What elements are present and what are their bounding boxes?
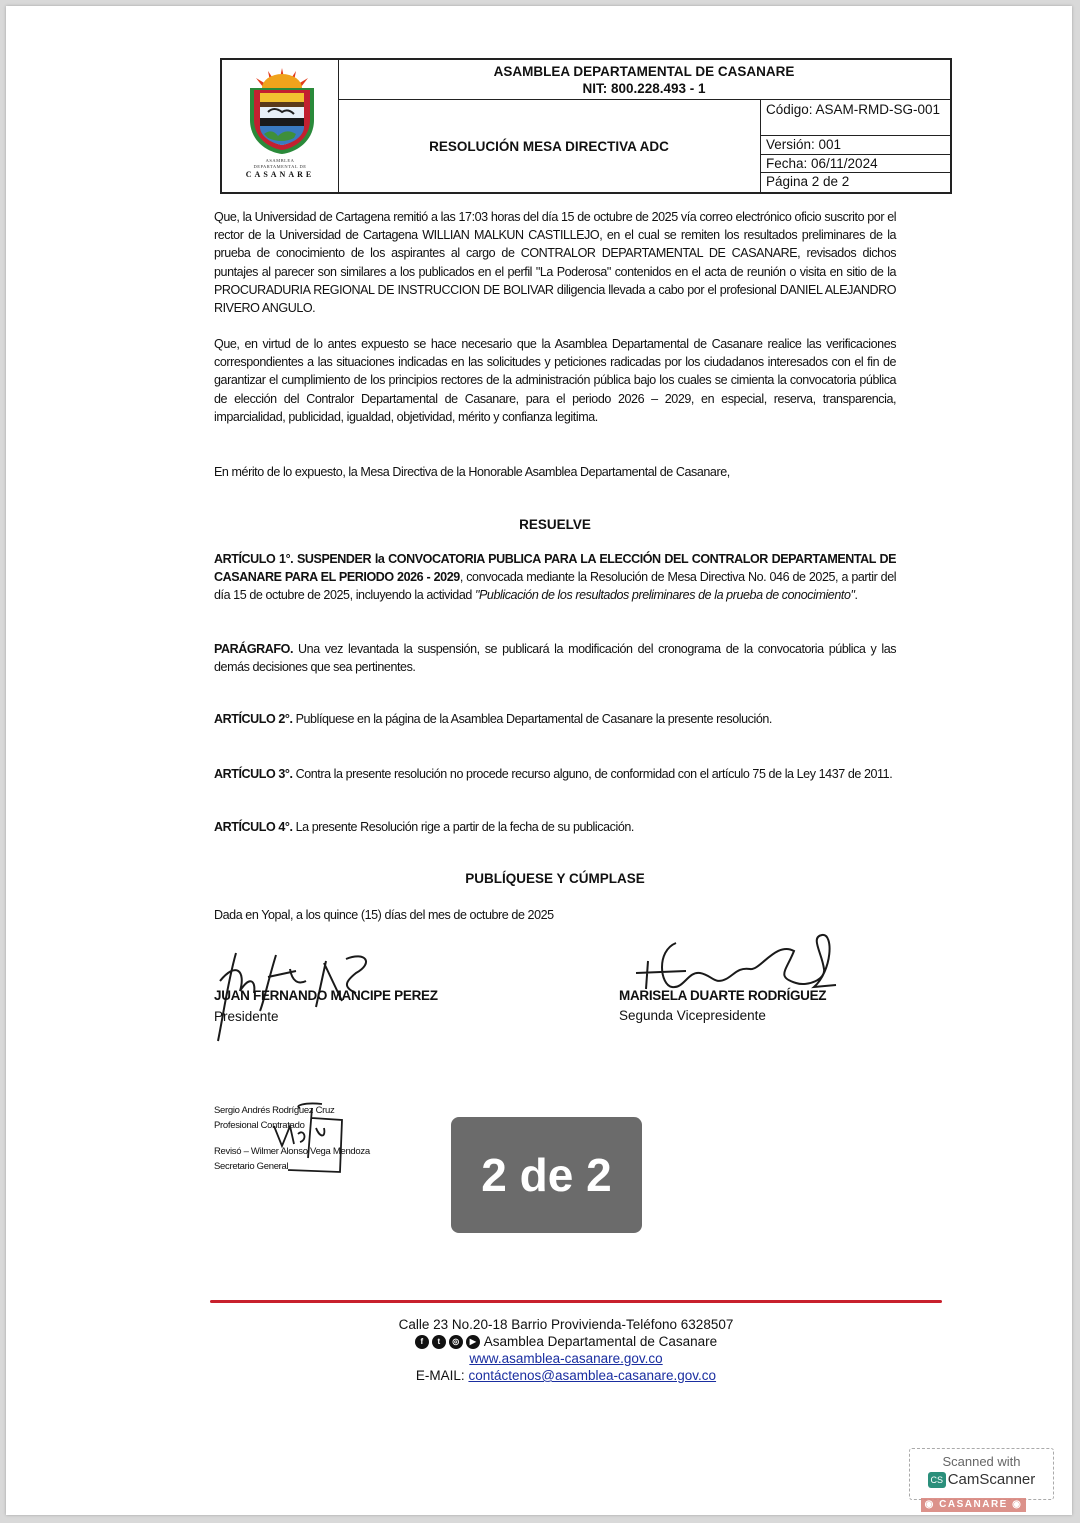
document-meta: Código: ASAM-RMD-SG-001 Versión: 001 Fec… — [760, 100, 950, 192]
camscanner-logo-icon: CS — [928, 1472, 946, 1488]
article-2-text: Publíquese en la página de la Asamblea D… — [293, 711, 772, 726]
page-indicator-badge: 2 de 2 — [451, 1117, 642, 1233]
signer-1-role: Presidente — [214, 1009, 279, 1024]
meta-codigo: Código: ASAM-RMD-SG-001 — [760, 100, 950, 136]
document-header-table: ASAMBLEA DEPARTAMENTAL DE CASANARE ASAMB… — [220, 58, 952, 194]
paragraph-considerando-2: Que, en virtud de lo antes expuesto se h… — [214, 335, 896, 426]
footer-email-link[interactable]: contáctenos@asamblea-casanare.gov.co — [468, 1368, 716, 1383]
article-3: ARTÍCULO 3°. Contra la presente resoluci… — [214, 765, 896, 783]
paragrafo-label: PARÁGRAFO. — [214, 641, 293, 656]
footer-social-label: Asamblea Departamental de Casanare — [484, 1334, 717, 1349]
paragrafo-text: Una vez levantada la suspensión, se publ… — [214, 641, 896, 674]
instagram-icon[interactable]: ◎ — [449, 1335, 463, 1349]
paragraph-merito: En mérito de lo expuesto, la Mesa Direct… — [214, 463, 896, 481]
document-type: RESOLUCIÓN MESA DIRECTIVA ADC — [338, 100, 761, 192]
camscanner-watermark: Scanned with CSCamScanner — [909, 1448, 1054, 1500]
article-3-label: ARTÍCULO 3°. — [214, 766, 293, 781]
meta-fecha: Fecha: 06/11/2024 — [760, 155, 950, 174]
watermark-app-name: CamScanner — [948, 1471, 1036, 1488]
logo-caption: ASAMBLEA DEPARTAMENTAL DE CASANARE — [228, 158, 332, 179]
resuelve-heading: RESUELVE — [214, 517, 896, 532]
dada-en-yopal: Dada en Yopal, a los quince (15) días de… — [214, 906, 896, 924]
watermark-app: CSCamScanner — [910, 1471, 1053, 1488]
twitter-icon[interactable]: t — [432, 1335, 446, 1349]
institution-name: ASAMBLEA DEPARTAMENTAL DE CASANARE — [338, 63, 950, 80]
article-1-italic: "Publicación de los resultados prelimina… — [475, 587, 855, 602]
footer-contact: Calle 23 No.20-18 Barrio Provivienda-Tel… — [206, 1316, 926, 1384]
signature-initials-icon — [264, 1098, 344, 1178]
meta-version: Versión: 001 — [760, 136, 950, 155]
paragraph-considerando-1: Que, la Universidad de Cartagena remitió… — [214, 208, 896, 317]
footer-email-label: E-MAIL: — [416, 1368, 465, 1383]
youtube-icon[interactable]: ▶ — [466, 1335, 480, 1349]
casanare-stamp: ◉ CASANARE ◉ — [921, 1498, 1026, 1512]
signer-1-name: JUAN FERNANDO MANCIPE PEREZ — [214, 988, 438, 1003]
footer-social: f t ◎ ▶ Asamblea Departamental de Casana… — [206, 1333, 926, 1350]
casanare-coat-of-arms-icon — [238, 66, 326, 156]
article-1: ARTÍCULO 1°. SUSPENDER la CONVOCATORIA P… — [214, 550, 896, 605]
article-1-end: . — [855, 587, 858, 602]
article-2-label: ARTÍCULO 2°. — [214, 711, 293, 726]
watermark-scanned-with: Scanned with — [910, 1454, 1053, 1469]
signer-2-name: MARISELA DUARTE RODRÍGUEZ — [619, 988, 826, 1003]
social-icons: f t ◎ ▶ — [415, 1335, 480, 1349]
article-3-text: Contra la presente resolución no procede… — [293, 766, 893, 781]
institution-nit: NIT: 800.228.493 - 1 — [338, 80, 950, 97]
article-2: ARTÍCULO 2°. Publíquese en la página de … — [214, 710, 896, 728]
closing-heading: PUBLÍQUESE Y CÚMPLASE — [214, 871, 896, 886]
article-4-text: La presente Resolución rige a partir de … — [293, 819, 634, 834]
logo-caption-casanare: CASANARE — [228, 170, 332, 179]
article-1-label: ARTÍCULO 1°. — [214, 551, 293, 566]
footer-divider — [210, 1300, 942, 1303]
meta-pagina: Página 2 de 2 — [760, 173, 950, 192]
document-page: ASAMBLEA DEPARTAMENTAL DE CASANARE ASAMB… — [6, 6, 1072, 1515]
signer-2-role: Segunda Vicepresidente — [619, 1008, 766, 1023]
footer-website-link[interactable]: www.asamblea-casanare.gov.co — [469, 1351, 662, 1366]
paragrafo: PARÁGRAFO. Una vez levantada la suspensi… — [214, 640, 896, 676]
header-institution: ASAMBLEA DEPARTAMENTAL DE CASANARE NIT: … — [338, 60, 950, 100]
footer-address: Calle 23 No.20-18 Barrio Provivienda-Tel… — [206, 1316, 926, 1333]
facebook-icon[interactable]: f — [415, 1335, 429, 1349]
article-4: ARTÍCULO 4°. La presente Resolución rige… — [214, 818, 896, 836]
article-4-label: ARTÍCULO 4°. — [214, 819, 293, 834]
logo-cell: ASAMBLEA DEPARTAMENTAL DE CASANARE — [222, 60, 339, 192]
